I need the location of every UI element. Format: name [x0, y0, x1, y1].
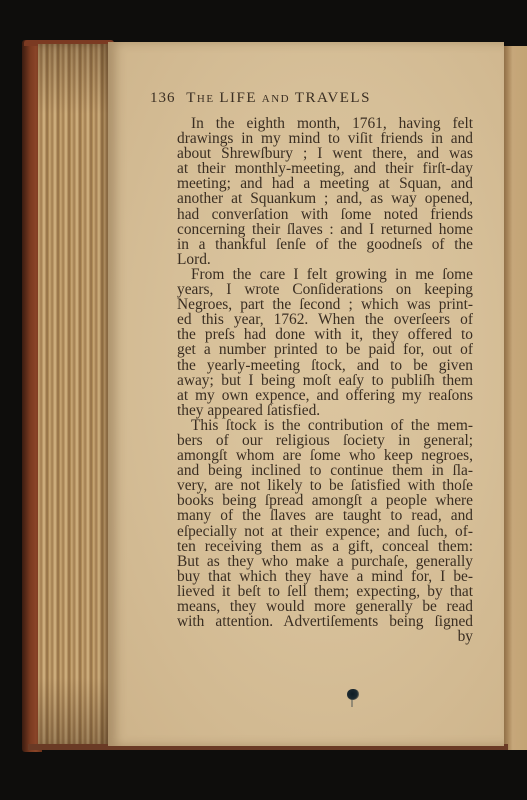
- book-scan: 136 THE LIFE AND TRAVELS In the eighth m…: [0, 0, 527, 800]
- text-line: Lord.: [177, 252, 473, 267]
- text-line: books being ſpread amongſt a people wher…: [177, 493, 473, 508]
- text-line: the yearly-meeting ſtock, and to be give…: [177, 358, 473, 373]
- text-line: concerning their ſlaves : and I returned…: [177, 222, 473, 237]
- text-line: This ſtock is the contribution of the me…: [177, 418, 473, 433]
- text-line: had converſation with ſome noted friends: [177, 207, 473, 222]
- text-line: years, I wrote Conſiderations on keeping: [177, 282, 473, 297]
- page-edges-right: [503, 46, 527, 750]
- text-line: Negroes, part the ſecond ; which was pri…: [177, 297, 473, 312]
- text-line: lieved it beſt to ſell them; expecting, …: [177, 584, 473, 599]
- text-line: away; but I being moſt eaſy to publiſh t…: [177, 373, 473, 388]
- body-text: In the eighth month, 1761, having felt d…: [177, 116, 473, 644]
- running-head-and: AND: [262, 93, 290, 105]
- running-head-travels: TRAVELS: [295, 90, 371, 106]
- text-line: means, they would more generally be read: [177, 599, 473, 614]
- text-line: in a thankful ſenſe of the goodneſs of t…: [177, 237, 473, 252]
- text-line: bers of our religious ſociety in general…: [177, 433, 473, 448]
- text-line: about Shrewſbury ; I went there, and was: [177, 146, 473, 161]
- text-line: In the eighth month, 1761, having felt: [177, 116, 473, 131]
- text-line: eſpecially not at their expence; and ſuc…: [177, 524, 473, 539]
- text-line: meeting; and had a meeting at Squan, and: [177, 176, 473, 191]
- text-line: But as they who make a purchaſe, general…: [177, 554, 473, 569]
- text-line: drawings in my mind to viſit friends in …: [177, 131, 473, 146]
- running-head-the: HE: [197, 93, 215, 105]
- text-line: many of the ſlaves are taught to read, a…: [177, 508, 473, 523]
- text-line: at my own expence, and offering my reaſo…: [177, 388, 473, 403]
- running-head-initial: T: [186, 90, 197, 106]
- text-line: and being inclined to continue them in ſ…: [177, 463, 473, 478]
- text-line: they appeared ſatisfied.: [177, 403, 473, 418]
- running-head: 136 THE LIFE AND TRAVELS: [150, 90, 450, 107]
- text-line: with attention. Advertiſements being ſig…: [177, 614, 473, 629]
- text-line: get a number printed to be paid for, out…: [177, 342, 473, 357]
- catchword: by: [177, 629, 473, 644]
- text-line: From the care I felt growing in me ſome: [177, 267, 473, 282]
- text-line: very, are not likely to be ſatisfied wit…: [177, 478, 473, 493]
- text-line: ed this year, 1762. When the overſeers o…: [177, 312, 473, 327]
- text-line: buy that which they have a mind for, I b…: [177, 569, 473, 584]
- text-line: at their monthly-meeting, and their firſ…: [177, 161, 473, 176]
- text-line: another at Squankum ; and, as way opened…: [177, 191, 473, 206]
- text-line: amongſt whom are ſome who keep negroes,: [177, 448, 473, 463]
- page-edges-left: [38, 44, 110, 748]
- text-line: ten receiving them as a gift, conceal th…: [177, 539, 473, 554]
- text-line: the preſs had done with it, they offered…: [177, 327, 473, 342]
- page-number: 136: [150, 90, 176, 106]
- running-head-life: LIFE: [219, 90, 257, 106]
- ink-drip-stain: [351, 699, 353, 707]
